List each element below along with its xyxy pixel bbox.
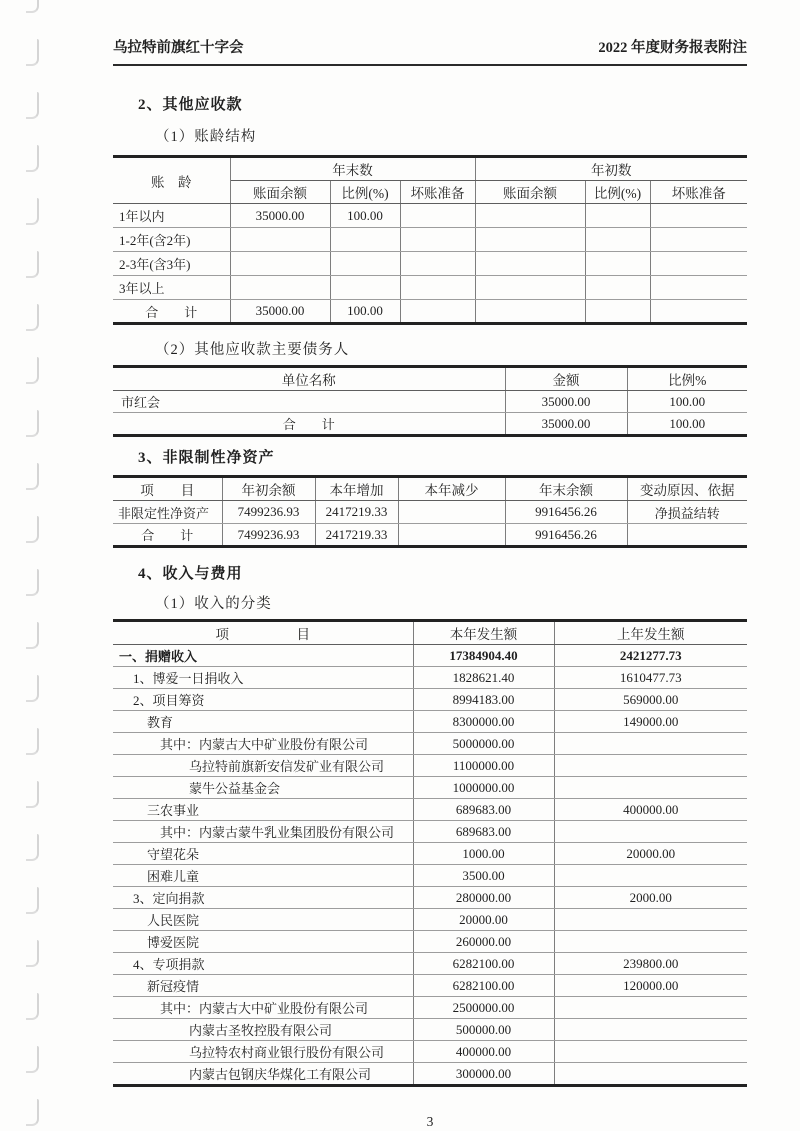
row-label: 非限定性净资产 [113, 501, 222, 524]
cell: 260000.00 [413, 931, 554, 953]
cell [554, 865, 747, 887]
row-label: 4、专项捐款 [113, 953, 413, 975]
binding-mark [26, 463, 39, 490]
table-row: 非限定性净资产 7499236.93 2417219.33 9916456.26… [113, 501, 747, 524]
cell: 2421277.73 [554, 645, 747, 667]
column-header: 比例% [627, 367, 747, 391]
aging-structure-table: 账 龄 年末数 年初数 账面余额 比例(%) 坏账准备 账面余额 比例(%) 坏… [113, 155, 747, 325]
row-label: 3年以上 [113, 276, 230, 300]
page-number: 3 [113, 1114, 747, 1130]
row-label: 3、定向捐款 [113, 887, 413, 909]
column-header: 单位名称 [113, 367, 505, 391]
row-label: 乌拉特前旗新安信发矿业有限公司 [113, 755, 413, 777]
binding-mark [26, 675, 39, 702]
binding-mark [26, 410, 39, 437]
column-header: 年初余额 [222, 477, 315, 501]
cell [230, 252, 330, 276]
binding-mark [26, 516, 39, 543]
column-header: 坏账准备 [650, 181, 747, 204]
cell: 6282100.00 [413, 975, 554, 997]
row-label: 1-2年(含2年) [113, 228, 230, 252]
cell: 7499236.93 [222, 524, 315, 547]
table-row: 2-3年(含3年) [113, 252, 747, 276]
column-header: 本年发生额 [413, 621, 554, 645]
binding-mark [26, 993, 39, 1020]
debtors-table: 单位名称 金额 比例% 市红会 35000.00 100.00 合 计 3500… [113, 365, 747, 437]
report-title: 2022 年度财务报表附注 [598, 36, 747, 57]
cell [554, 997, 747, 1019]
cell [400, 276, 475, 300]
column-header: 本年减少 [398, 477, 505, 501]
column-header: 上年发生额 [554, 621, 747, 645]
table-row-total: 合 计 35000.00 100.00 [113, 300, 747, 324]
table-row: 1、博爱一日捐收入 1828621.40 1610477.73 [113, 667, 747, 689]
cell [554, 777, 747, 799]
row-label: 新冠疫情 [113, 975, 413, 997]
binding-mark [26, 145, 39, 172]
section-title-other-receivables: 2、其他应收款 [113, 93, 747, 114]
cell [475, 204, 585, 228]
cell: 400000.00 [413, 1041, 554, 1063]
cell: 2000.00 [554, 887, 747, 909]
cell [627, 524, 747, 547]
cell [475, 228, 585, 252]
cell: 6282100.00 [413, 953, 554, 975]
cell [398, 501, 505, 524]
cell: 1828621.40 [413, 667, 554, 689]
table-row-total: 合 计 35000.00 100.00 [113, 413, 747, 436]
scanned-document-page: { "header": { "left": "乌拉特前旗红十字会", "righ… [0, 0, 800, 1131]
table-row: 项 目 本年发生额 上年发生额 [113, 621, 747, 645]
cell [330, 276, 400, 300]
column-header: 金额 [505, 367, 627, 391]
cell [554, 909, 747, 931]
binding-mark [26, 834, 39, 861]
binding-mark [26, 728, 39, 755]
row-label: 合 计 [113, 524, 222, 547]
binding-mark [26, 887, 39, 914]
table-row: 其中：内蒙古大中矿业股份有限公司 5000000.00 [113, 733, 747, 755]
table-row: 三农事业 689683.00 400000.00 [113, 799, 747, 821]
column-header: 项 目 [113, 477, 222, 501]
table-row: 3年以上 [113, 276, 747, 300]
row-label: 内蒙古包钢庆华煤化工有限公司 [113, 1063, 413, 1086]
cell: 569000.00 [554, 689, 747, 711]
cell [585, 300, 650, 324]
row-label: 市红会 [113, 391, 505, 413]
cell: 35000.00 [505, 391, 627, 413]
cell [400, 228, 475, 252]
binding-mark [26, 940, 39, 967]
cell [398, 524, 505, 547]
cell: 8994183.00 [413, 689, 554, 711]
row-label: 人民医院 [113, 909, 413, 931]
column-header: 比例(%) [330, 181, 400, 204]
page-content: 乌拉特前旗红十字会 2022 年度财务报表附注 2、其他应收款 （1）账龄结构 … [113, 0, 747, 1130]
cell [585, 204, 650, 228]
cell: 1000000.00 [413, 777, 554, 799]
table-row: 教育 8300000.00 149000.00 [113, 711, 747, 733]
table-row: 1-2年(含2年) [113, 228, 747, 252]
cell [554, 1019, 747, 1041]
cell: 120000.00 [554, 975, 747, 997]
cell [475, 252, 585, 276]
table-row: 内蒙古包钢庆华煤化工有限公司 300000.00 [113, 1063, 747, 1086]
org-name: 乌拉特前旗红十字会 [113, 36, 244, 57]
net-assets-table: 项 目 年初余额 本年增加 本年减少 年末余额 变动原因、依据 非限定性净资产 … [113, 475, 747, 548]
cell [554, 1063, 747, 1086]
cell: 3500.00 [413, 865, 554, 887]
cell: 20000.00 [554, 843, 747, 865]
cell [230, 276, 330, 300]
cell [554, 931, 747, 953]
cell: 100.00 [627, 391, 747, 413]
cell [650, 204, 747, 228]
cell: 17384904.40 [413, 645, 554, 667]
table-row-total: 合 计 7499236.93 2417219.33 9916456.26 [113, 524, 747, 547]
cell: 149000.00 [554, 711, 747, 733]
binding-mark [26, 1046, 39, 1073]
table-row: 其中：内蒙古蒙牛乳业集团股份有限公司 689683.00 [113, 821, 747, 843]
row-label: 其中：内蒙古大中矿业股份有限公司 [113, 997, 413, 1019]
row-label: 2、项目筹资 [113, 689, 413, 711]
column-header: 账面余额 [475, 181, 585, 204]
row-label: 合 计 [113, 300, 230, 324]
cell [554, 733, 747, 755]
row-label: 乌拉特农村商业银行股份有限公司 [113, 1041, 413, 1063]
cell: 5000000.00 [413, 733, 554, 755]
table-row: 乌拉特农村商业银行股份有限公司 400000.00 [113, 1041, 747, 1063]
table-row: 守望花朵 1000.00 20000.00 [113, 843, 747, 865]
row-label: 内蒙古圣牧控股有限公司 [113, 1019, 413, 1041]
cell: 100.00 [330, 300, 400, 324]
cell: 689683.00 [413, 821, 554, 843]
table-row: 新冠疫情 6282100.00 120000.00 [113, 975, 747, 997]
cell [585, 252, 650, 276]
cell: 净损益结转 [627, 501, 747, 524]
row-label: 1、博爱一日捐收入 [113, 667, 413, 689]
column-group-header: 年初数 [475, 157, 747, 181]
cell: 9916456.26 [505, 524, 627, 547]
column-header: 比例(%) [585, 181, 650, 204]
table-row: 4、专项捐款 6282100.00 239800.00 [113, 953, 747, 975]
column-header: 变动原因、依据 [627, 477, 747, 501]
cell [400, 204, 475, 228]
cell: 2417219.33 [315, 501, 398, 524]
cell [585, 276, 650, 300]
column-header: 账 龄 [113, 157, 230, 204]
cell: 8300000.00 [413, 711, 554, 733]
cell: 689683.00 [413, 799, 554, 821]
row-label: 守望花朵 [113, 843, 413, 865]
binding-mark [26, 198, 39, 225]
row-label: 教育 [113, 711, 413, 733]
cell [400, 300, 475, 324]
cell: 400000.00 [554, 799, 747, 821]
cell [554, 1041, 747, 1063]
table-row: 单位名称 金额 比例% [113, 367, 747, 391]
cell: 7499236.93 [222, 501, 315, 524]
binding-mark [26, 357, 39, 384]
row-label: 其中：内蒙古大中矿业股份有限公司 [113, 733, 413, 755]
binding-mark [26, 304, 39, 331]
cell [650, 300, 747, 324]
binding-mark [26, 92, 39, 119]
table-row: 其中：内蒙古大中矿业股份有限公司 2500000.00 [113, 997, 747, 1019]
section-title-unrestricted-net-assets: 3、非限制性净资产 [113, 446, 747, 467]
cell: 239800.00 [554, 953, 747, 975]
cell [650, 252, 747, 276]
binding-mark [26, 622, 39, 649]
column-header: 坏账准备 [400, 181, 475, 204]
table-row: 市红会 35000.00 100.00 [113, 391, 747, 413]
row-label: 蒙牛公益基金会 [113, 777, 413, 799]
cell [330, 252, 400, 276]
column-header: 本年增加 [315, 477, 398, 501]
column-header: 年末余额 [505, 477, 627, 501]
cell: 9916456.26 [505, 501, 627, 524]
cell: 35000.00 [505, 413, 627, 436]
cell: 280000.00 [413, 887, 554, 909]
cell [554, 821, 747, 843]
table-row: 3、定向捐款 280000.00 2000.00 [113, 887, 747, 909]
cell: 1000.00 [413, 843, 554, 865]
row-label: 合 计 [113, 413, 505, 436]
row-label: 一、捐赠收入 [113, 645, 413, 667]
cell: 500000.00 [413, 1019, 554, 1041]
document-header: 乌拉特前旗红十字会 2022 年度财务报表附注 [113, 36, 747, 66]
column-header: 项 目 [113, 621, 413, 645]
cell: 2500000.00 [413, 997, 554, 1019]
row-label: 2-3年(含3年) [113, 252, 230, 276]
binding-mark [26, 0, 39, 13]
binding-mark [26, 781, 39, 808]
binding-mark [26, 251, 39, 278]
row-label: 三农事业 [113, 799, 413, 821]
cell: 35000.00 [230, 300, 330, 324]
subsection-title-aging-structure: （1）账龄结构 [113, 125, 747, 146]
cell [554, 755, 747, 777]
income-classification-table: 项 目 本年发生额 上年发生额 一、捐赠收入 17384904.40 24212… [113, 619, 747, 1087]
cell: 300000.00 [413, 1063, 554, 1086]
table-row: 博爱医院 260000.00 [113, 931, 747, 953]
table-row: 内蒙古圣牧控股有限公司 500000.00 [113, 1019, 747, 1041]
table-row: 人民医院 20000.00 [113, 909, 747, 931]
cell: 100.00 [330, 204, 400, 228]
column-header: 账面余额 [230, 181, 330, 204]
table-row: 乌拉特前旗新安信发矿业有限公司 1100000.00 [113, 755, 747, 777]
table-row: 项 目 年初余额 本年增加 本年减少 年末余额 变动原因、依据 [113, 477, 747, 501]
row-label: 困难儿童 [113, 865, 413, 887]
cell [400, 252, 475, 276]
row-label: 1年以内 [113, 204, 230, 228]
cell: 20000.00 [413, 909, 554, 931]
cell: 1100000.00 [413, 755, 554, 777]
section-title-income-expenses: 4、收入与费用 [113, 562, 747, 583]
table-row: 账 龄 年末数 年初数 [113, 157, 747, 181]
column-group-header: 年末数 [230, 157, 475, 181]
table-row: 一、捐赠收入 17384904.40 2421277.73 [113, 645, 747, 667]
cell [475, 276, 585, 300]
row-label: 其中：内蒙古蒙牛乳业集团股份有限公司 [113, 821, 413, 843]
binding-mark [26, 39, 39, 66]
subsection-title-income-classification: （1）收入的分类 [113, 592, 747, 613]
table-row: 2、项目筹资 8994183.00 569000.00 [113, 689, 747, 711]
cell [330, 228, 400, 252]
table-row: 困难儿童 3500.00 [113, 865, 747, 887]
subsection-title-main-debtors: （2）其他应收款主要债务人 [113, 338, 747, 359]
row-label: 博爱医院 [113, 931, 413, 953]
cell: 35000.00 [230, 204, 330, 228]
cell [650, 276, 747, 300]
cell: 1610477.73 [554, 667, 747, 689]
cell [650, 228, 747, 252]
table-row: 1年以内 35000.00 100.00 [113, 204, 747, 228]
binding-mark [26, 1099, 39, 1126]
cell: 2417219.33 [315, 524, 398, 547]
cell [585, 228, 650, 252]
cell [230, 228, 330, 252]
table-row: 蒙牛公益基金会 1000000.00 [113, 777, 747, 799]
cell: 100.00 [627, 413, 747, 436]
cell [475, 300, 585, 324]
binding-mark [26, 569, 39, 596]
